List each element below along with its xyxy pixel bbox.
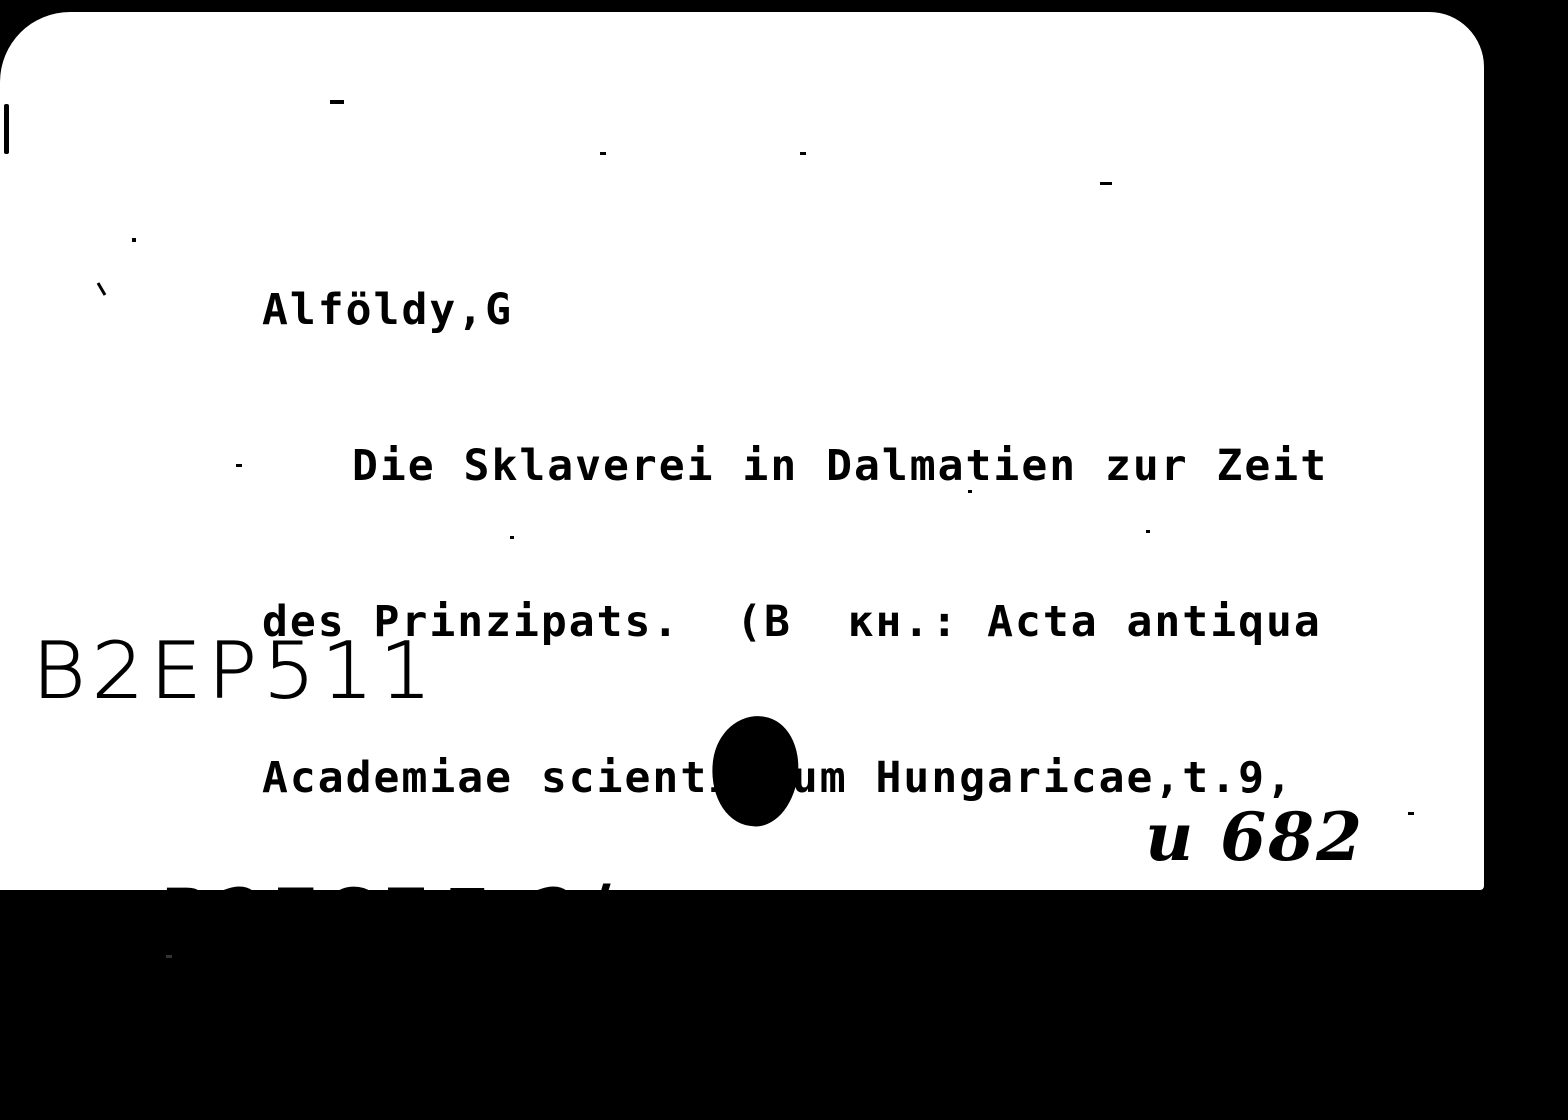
speck [968, 490, 972, 493]
speck [800, 152, 806, 155]
shelfmark-2-underlined: Д [434, 874, 499, 964]
speck [1100, 182, 1112, 185]
catalog-card: Alföldy,G Die Sklaverei in Dalmatien zur… [0, 12, 1484, 890]
speck [97, 282, 107, 296]
speck [600, 152, 606, 155]
speck [236, 464, 242, 467]
speck [166, 955, 172, 958]
title-line-1: Die Sklaverei in Dalmatien zur Zeit [262, 440, 1328, 492]
speck [132, 238, 136, 242]
shelfmark-2-subscript: 3.5 [611, 913, 722, 986]
speck [510, 536, 514, 539]
shelfmark-2: В2ГСЕД-2/3.5 [44, 772, 721, 1057]
shelfmark-2-slash: / [580, 866, 614, 971]
shelfmark-2-prefix: В2ГСЕ [159, 874, 433, 964]
shelfmark-1: В2ЕР511 [32, 626, 438, 716]
edge-mark [4, 104, 9, 154]
author-name: Alföldy,G [262, 284, 1328, 336]
speck [1146, 530, 1150, 533]
speck [1408, 812, 1414, 815]
speck [330, 100, 344, 104]
shelfmark-2-suffix: -2 [499, 874, 585, 964]
inventory-number: и 682 [1145, 798, 1364, 876]
